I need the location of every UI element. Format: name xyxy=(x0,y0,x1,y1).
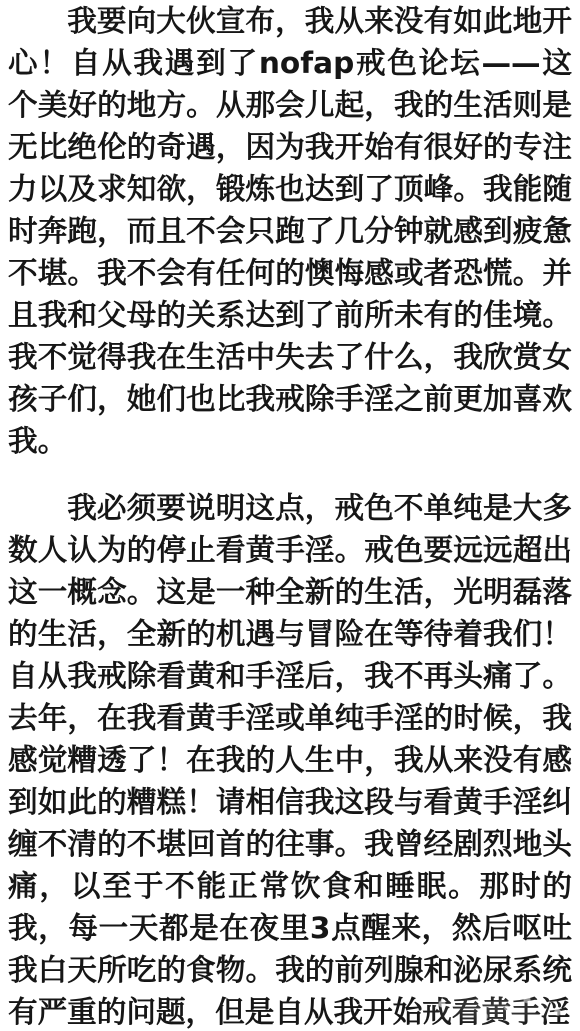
article-body: 我要向大伙宣布，我从来没有如此地开心！自从我遇到了nofap戒色论坛——这个美好… xyxy=(0,0,580,1031)
paragraph-1: 我要向大伙宣布，我从来没有如此地开心！自从我遇到了nofap戒色论坛——这个美好… xyxy=(8,0,572,462)
paragraph-2: 我必须要说明这点，戒色不单纯是大多数人认为的停止看黄手淫。戒色要远远超出这一概念… xyxy=(8,487,572,1031)
